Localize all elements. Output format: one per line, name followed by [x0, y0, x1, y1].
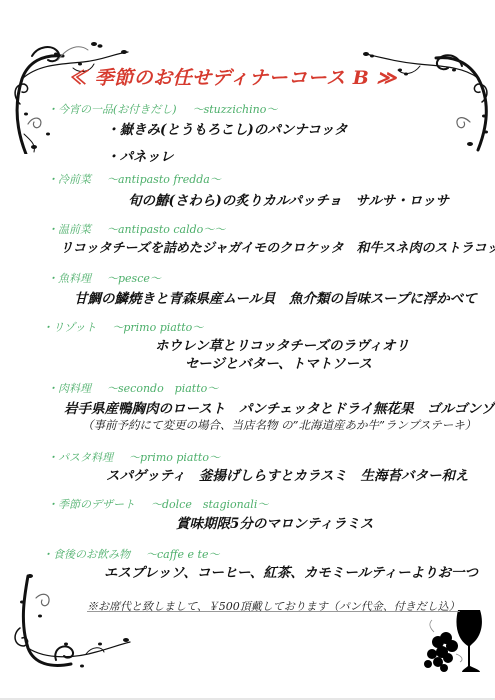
- dish-item: セージとバター、トマトソース: [185, 352, 372, 372]
- flourish-top-right-icon: [358, 40, 493, 155]
- section-jp: ・リゾット: [42, 321, 96, 334]
- dish-note: （事前予約にて変更の場合、当店名物 の”北海道産あか牛”ランプステーキ）: [82, 417, 476, 433]
- section-en: ～dolce stagionali～: [151, 498, 268, 511]
- section-heading-stuzzichino: ・今宵の一品(お付きだし)～stuzzichino～: [47, 101, 277, 117]
- section-heading-secondo-piatto: ・肉料理～secondo piatto～: [47, 380, 218, 396]
- seat-charge-note: ※お席代と致しまして、￥500頂戴しております（パン代金、付きだし込）: [87, 598, 460, 614]
- section-en: ～secondo piatto～: [107, 382, 218, 395]
- dish-item: ・パネッレ: [106, 145, 174, 165]
- section-en: ～stuzzichino～: [193, 103, 278, 116]
- section-jp: ・魚料理: [47, 272, 91, 285]
- dish-item: ホウレン草とリコッタチーズのラヴィオリ: [155, 334, 409, 354]
- dish-item: スパゲッティ 釜揚げしらすとカラスミ 生海苔バター和え: [106, 464, 468, 484]
- dish-item: 旬の鰆(さわら)の炙りカルパッチョ サルサ・ロッサ: [128, 189, 449, 209]
- section-heading-primo-piatto-risotto: ・リゾット～primo piatto～: [42, 319, 203, 335]
- section-heading-antipasto-caldo: ・温前菜～antipasto caldo～～: [47, 221, 225, 237]
- section-heading-dolce: ・季節のデザート～dolce stagionali～: [47, 496, 268, 512]
- section-heading-caffe: ・食後のお飲み物～caffe e te～: [42, 546, 219, 562]
- section-en: ～caffe e te～: [146, 548, 219, 561]
- section-jp: ・温前菜: [47, 223, 91, 236]
- section-heading-pesce: ・魚料理～pesce～: [47, 270, 161, 286]
- section-jp: ・季節のデザート: [47, 498, 135, 511]
- section-en: ～primo piatto～: [129, 451, 220, 464]
- menu-page: ≪ 季節のお任せディナーコース B ≫ ・今宵の一品(お付きだし)～stuzzi…: [0, 0, 495, 698]
- section-jp: ・冷前菜: [47, 173, 91, 186]
- dish-item: リコッタチーズを詰めたジャガイモのクロケッタ 和牛スネ肉のストラコットと: [60, 237, 495, 256]
- section-jp: ・肉料理: [47, 382, 91, 395]
- flourish-bottom-left-icon: [6, 568, 136, 678]
- section-heading-antipasto-fredda: ・冷前菜～antipasto fredda～: [47, 171, 221, 187]
- dish-item: 賞味期限5分のマロンティラミス: [176, 512, 373, 532]
- course-title: ≪ 季節のお任せディナーコース B ≫: [68, 63, 428, 90]
- section-en: ～antipasto fredda～: [107, 173, 221, 186]
- wine-glass-grapes-icon: [416, 608, 486, 680]
- dish-item: 甘鯛の鱗焼きと青森県産ムール貝 魚介類の旨味スープに浮かべて: [74, 287, 477, 307]
- section-en: ～pesce～: [107, 272, 161, 285]
- section-jp: ・パスタ料理: [47, 451, 113, 464]
- section-en: ～antipasto caldo～～: [107, 223, 225, 236]
- dish-item: エスプレッソ、コーヒー、紅茶、カモミールティーよりお一つ: [104, 561, 478, 581]
- section-jp: ・今宵の一品(お付きだし): [47, 103, 177, 116]
- section-en: ～primo piatto～: [112, 321, 203, 334]
- dish-item: 岩手県産鴨胸肉のロースト パンチェッタとドライ無花果 ゴルゴンゾーラ: [64, 397, 495, 417]
- section-jp: ・食後のお飲み物: [42, 548, 130, 561]
- section-heading-pasta: ・パスタ料理～primo piatto～: [47, 449, 220, 465]
- dish-item: ・嶽きみ(とうもろこし)のパンナコッタ: [106, 118, 347, 138]
